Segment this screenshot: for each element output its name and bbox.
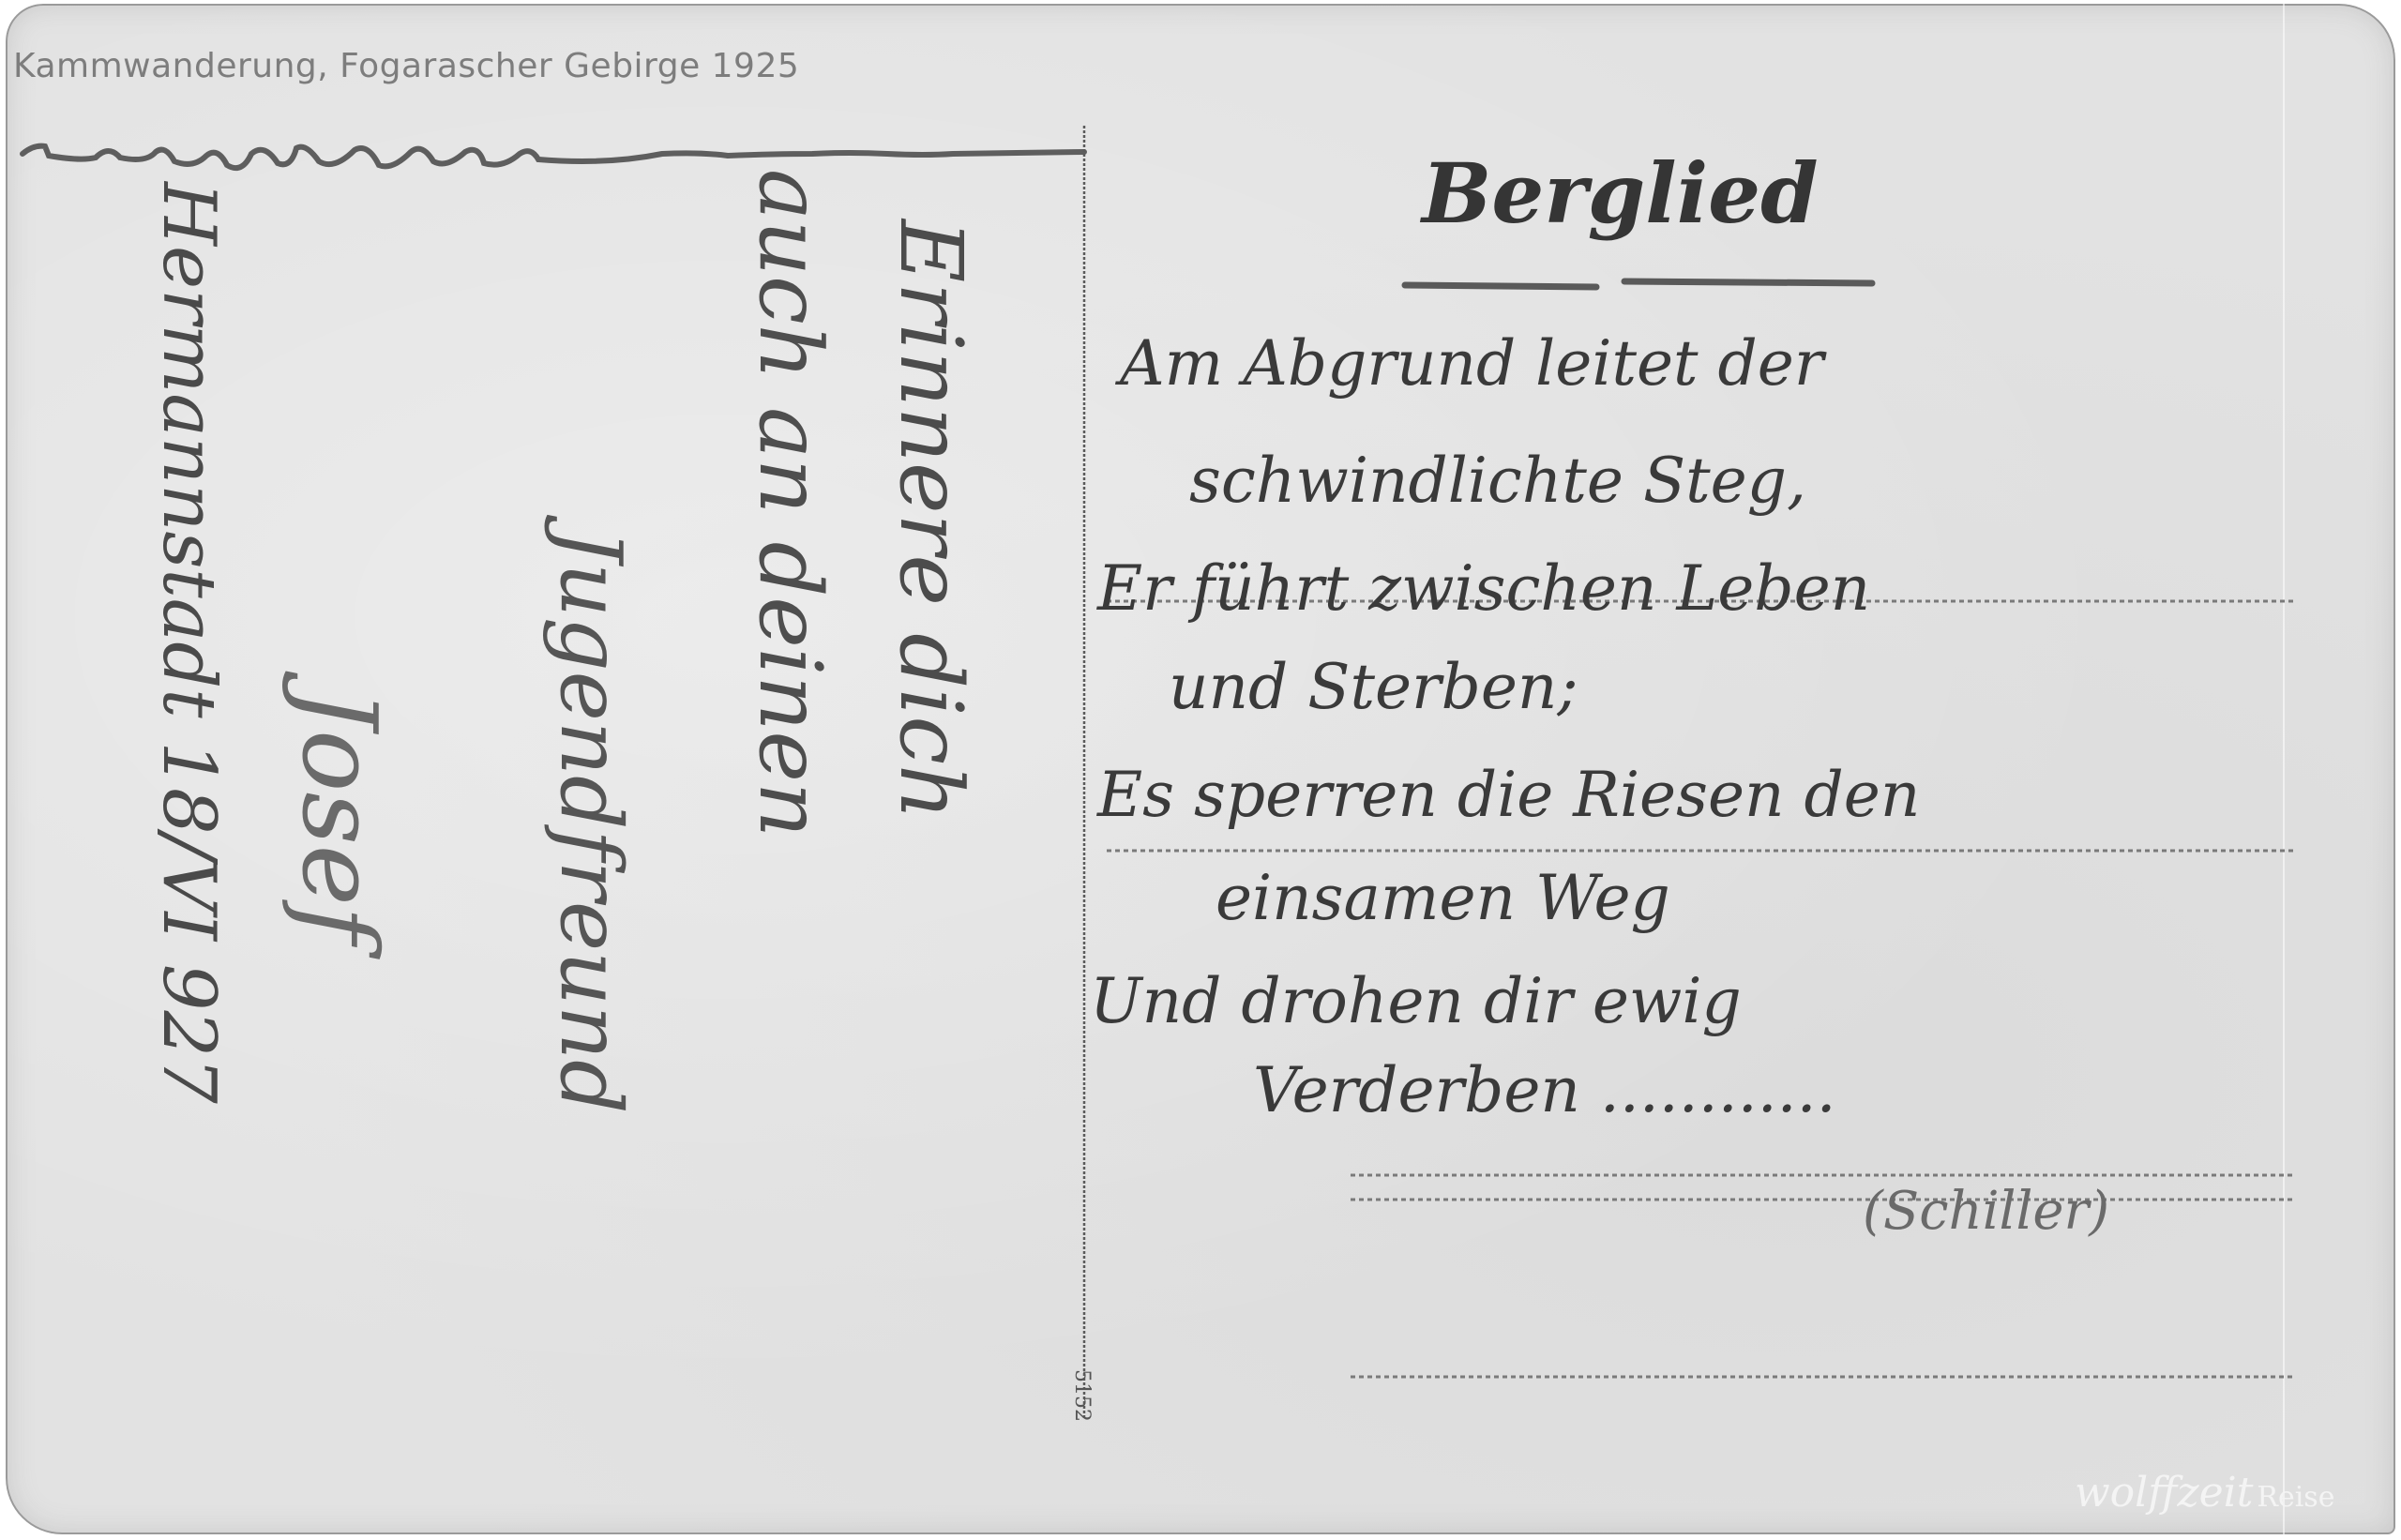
- poem-author: (Schiller): [1863, 1181, 2109, 1242]
- watermark: wolffzeitReise: [2075, 1469, 2334, 1517]
- title-underline-left: [1405, 285, 1596, 287]
- poem-line-8: Verderben ............: [1253, 1054, 1836, 1126]
- poem-line-3: Er führt zwischen Leben: [1097, 552, 1870, 625]
- poem-line-5: Es sperren die Riesen den: [1097, 759, 1920, 831]
- printer-mark: 5152: [1070, 1369, 1094, 1422]
- poem-line-7: Und drohen dir ewig: [1090, 965, 1742, 1037]
- wavy-rule: [23, 146, 1084, 168]
- place-date: Hermannstadt 18/VI 927: [146, 182, 231, 1104]
- message-line-1: Erinnere dich: [881, 219, 981, 820]
- poem-line-2: schwindlichte Steg,: [1189, 445, 1806, 517]
- watermark-suffix: Reise: [2257, 1481, 2334, 1514]
- poem-line-4: und Sterben;: [1169, 651, 1578, 723]
- watermark-brand: wolffzeit: [2075, 1469, 2253, 1517]
- poem-line-1: Am Abgrund leitet der: [1120, 327, 1823, 400]
- title-underline-right: [1624, 281, 1872, 283]
- poem-line-6: einsamen Weg: [1216, 862, 1670, 934]
- poem-title: Berglied: [1422, 144, 1819, 242]
- message-line-3: Jugendfreund: [541, 529, 640, 1114]
- message-line-2: auch an deinen: [740, 169, 840, 838]
- signature: Josef: [279, 688, 400, 944]
- postcard-back: Kammwanderung, Fogarascher Gebirge 1925 …: [6, 4, 2395, 1534]
